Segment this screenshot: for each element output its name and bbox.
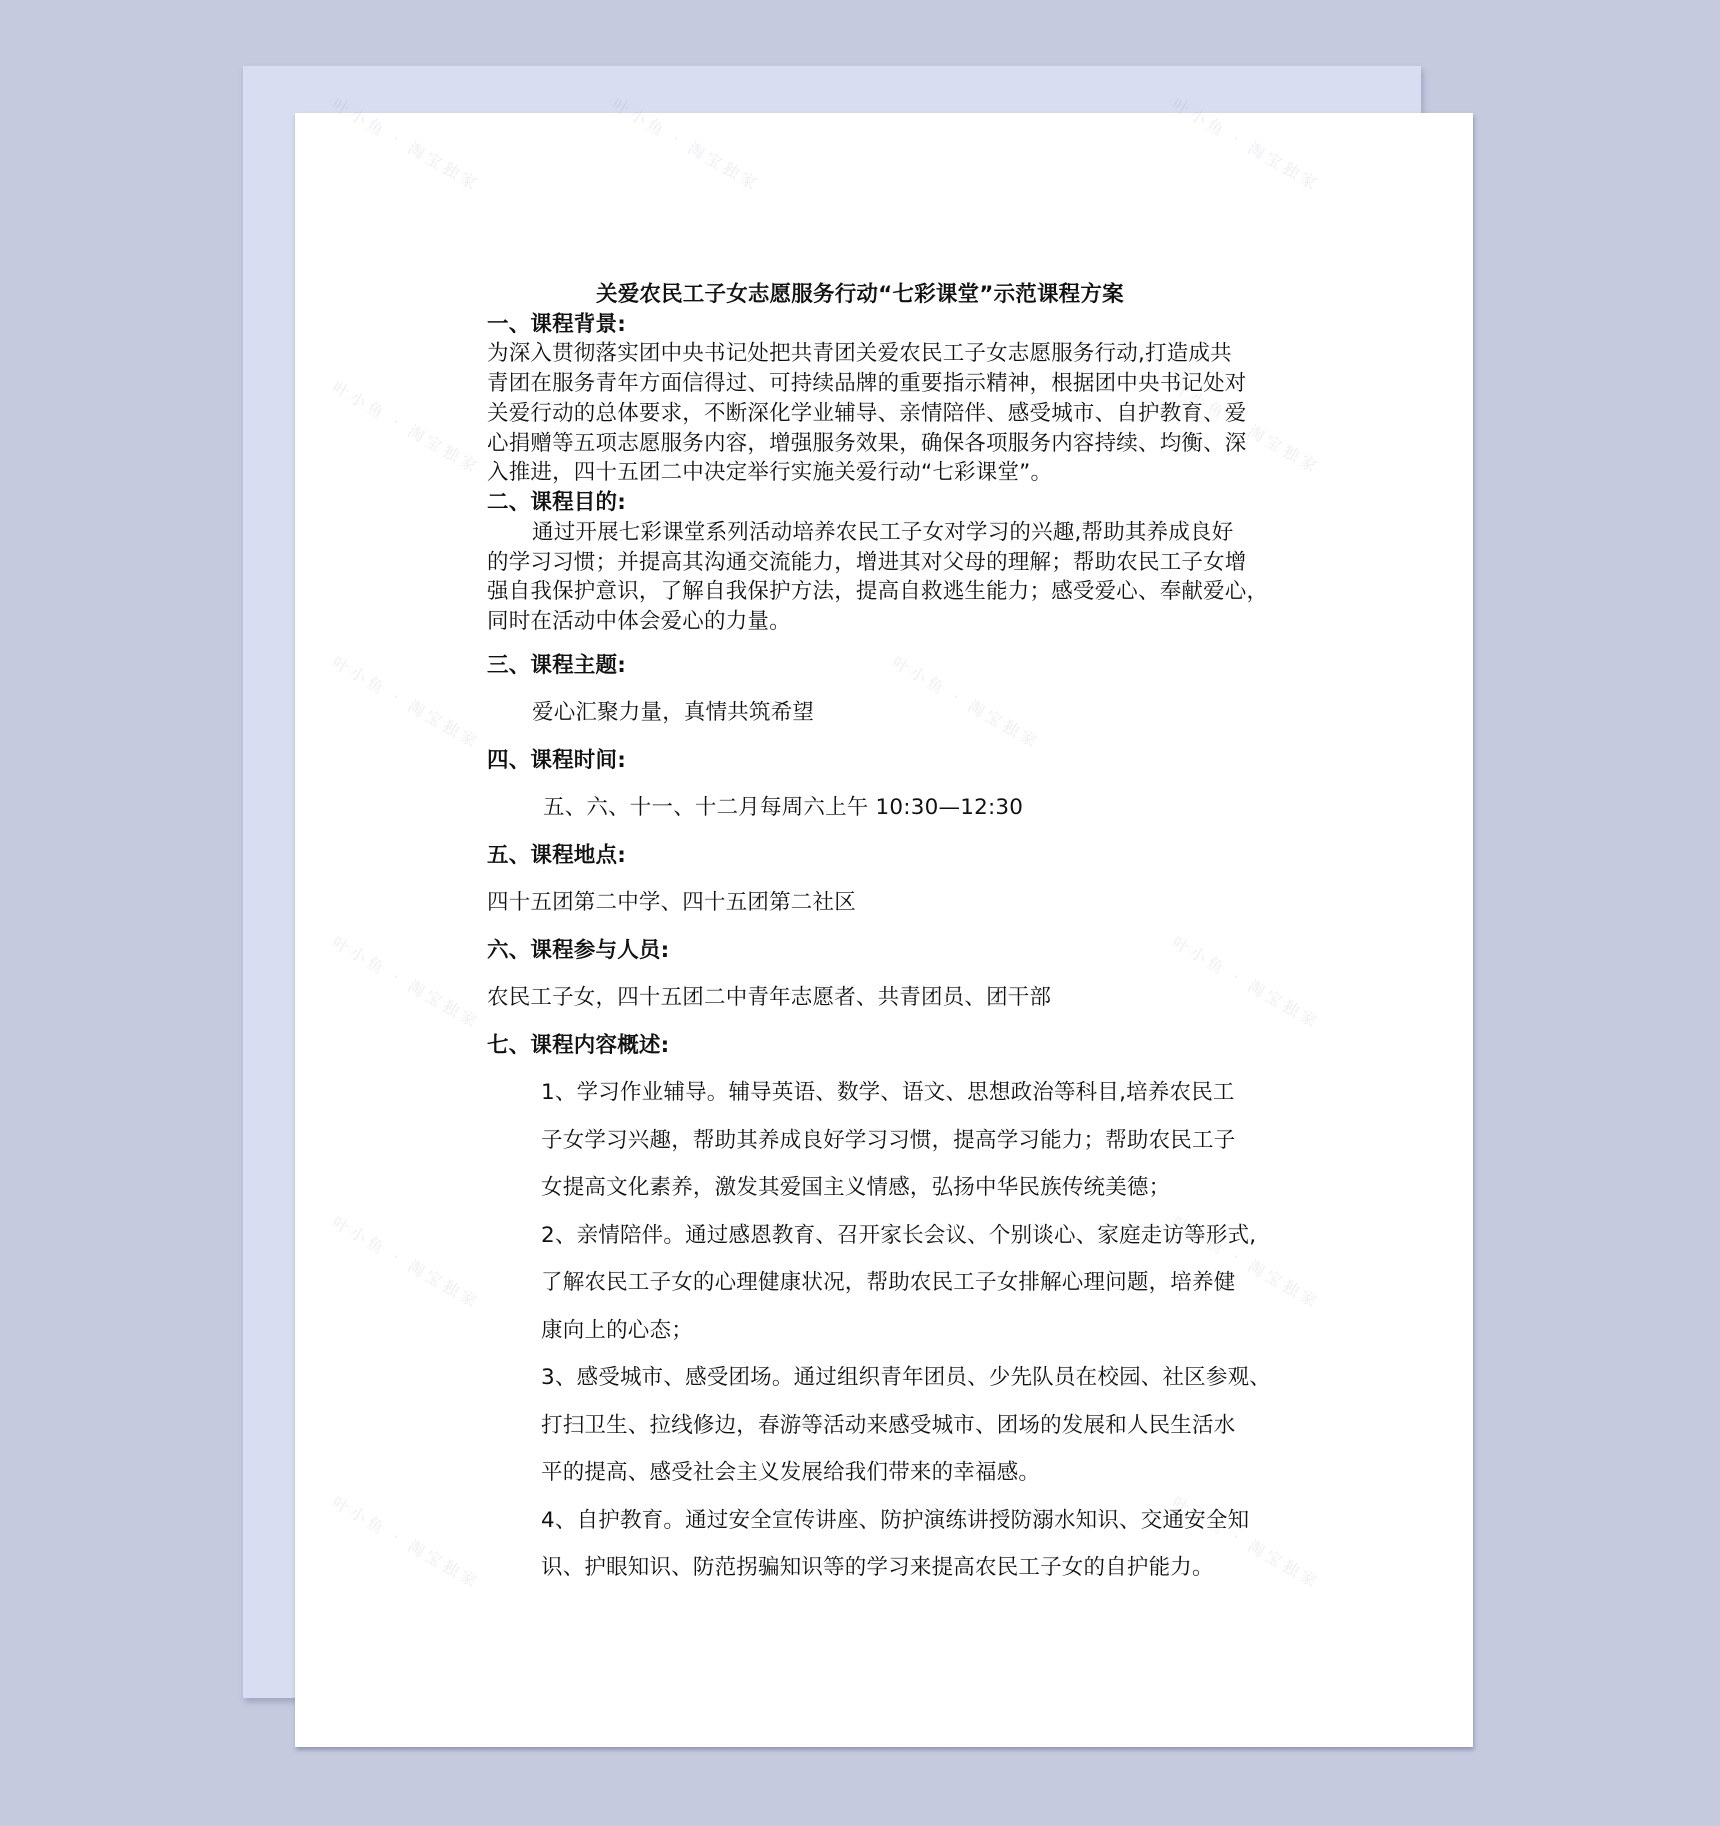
paragraph-line: 关爱行动的总体要求，不断深化学业辅导、亲情陪伴、感受城市、自护教育、爱 xyxy=(487,400,1247,428)
time-text: 五、六、十一、十二月每周六上午 10:30—12:30 xyxy=(543,794,1023,822)
content-item-line: 识、护眼知识、防范拐骗知识等的学习来提高农民工子女的自护能力。 xyxy=(541,1554,1214,1582)
content-item-line: 4、自护教育。通过安全宣传讲座、防护演练讲授防溺水知识、交通安全知 xyxy=(541,1507,1249,1535)
paragraph-line: 强自我保护意识，了解自我保护方法，提高自救逃生能力；感受爱心、奉献爱心， xyxy=(487,578,1268,606)
section-heading-purpose: 二、课程目的: xyxy=(487,489,626,517)
paragraph-line: 心捐赠等五项志愿服务内容，增强服务效果，确保各项服务内容持续、均衡、深 xyxy=(487,430,1247,458)
content-item-line: 子女学习兴趣，帮助其养成良好学习习惯，提高学习能力；帮助农民工子 xyxy=(541,1127,1235,1155)
paragraph-line: 青团在服务青年方面信得过、可持续品牌的重要指示精神，根据团中央书记处对 xyxy=(487,370,1247,398)
content-item-line: 平的提高、感受社会主义发展给我们带来的幸福感。 xyxy=(541,1459,1040,1487)
section-heading-location: 五、课程地点: xyxy=(487,842,626,870)
section-heading-time: 四、课程时间: xyxy=(487,747,626,775)
paragraph-line: 通过开展七彩课堂系列活动培养农民工子女对学习的兴趣,帮助其养成良好 xyxy=(532,519,1233,547)
paragraph-line: 为深入贯彻落实团中央书记处把共青团关爱农民工子女志愿服务行动,打造成共 xyxy=(487,340,1232,368)
content-item-line: 3、感受城市、感受团场。通过组织青年团员、少先队员在校园、社区参观、 xyxy=(541,1364,1271,1392)
content-item-line: 康向上的心态； xyxy=(541,1317,693,1345)
content-item-line: 女提高文化素养，激发其爱国主义情感，弘扬中华民族传统美德； xyxy=(541,1174,1170,1202)
document-title: 关爱农民工子女志愿服务行动“七彩课堂”示范课程方案 xyxy=(596,281,1124,309)
theme-text: 爱心汇聚力量，真情共筑希望 xyxy=(532,699,814,727)
section-heading-background: 一、课程背景: xyxy=(487,311,626,339)
paragraph-line: 的学习习惯；并提高其沟通交流能力，增进其对父母的理解；帮助农民工子女增 xyxy=(487,549,1247,577)
paragraph-line: 同时在活动中体会爱心的力量。 xyxy=(487,608,791,636)
section-heading-theme: 三、课程主题: xyxy=(487,652,626,680)
location-text: 四十五团第二中学、四十五团第二社区 xyxy=(487,889,856,917)
content-item-line: 2、亲情陪伴。通过感恩教育、召开家长会议、个别谈心、家庭走访等形式, xyxy=(541,1222,1256,1250)
section-heading-content: 七、课程内容概述: xyxy=(487,1032,669,1060)
paragraph-line: 入推进，四十五团二中决定举行实施关爱行动“七彩课堂”。 xyxy=(487,459,1052,487)
participants-text: 农民工子女，四十五团二中青年志愿者、共青团员、团干部 xyxy=(487,984,1051,1012)
content-item-line: 1、学习作业辅导。辅导英语、数学、语文、思想政治等科目,培养农民工 xyxy=(541,1079,1235,1107)
section-heading-participants: 六、课程参与人员: xyxy=(487,937,669,965)
content-item-line: 了解农民工子女的心理健康状况，帮助农民工子女排解心理问题，培养健 xyxy=(541,1269,1235,1297)
content-item-line: 打扫卫生、拉线修边，春游等活动来感受城市、团场的发展和人民生活水 xyxy=(541,1412,1235,1440)
